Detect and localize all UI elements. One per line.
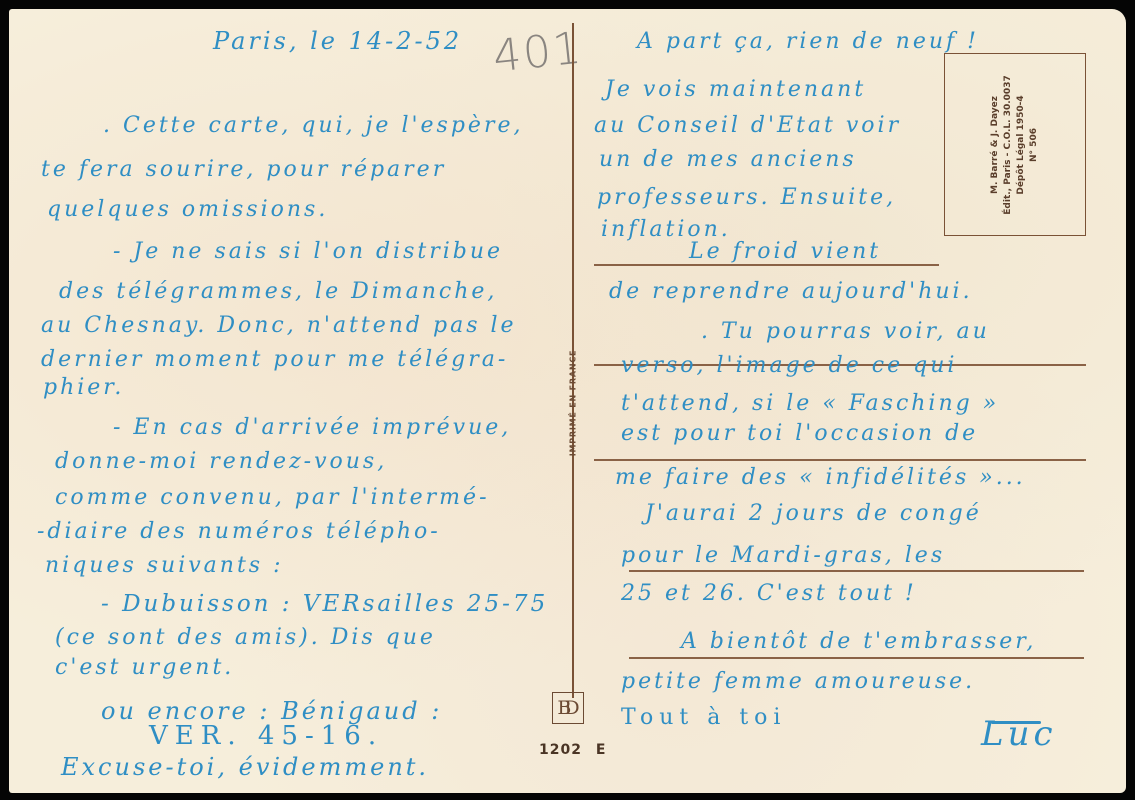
letter-line: est pour toi l'occasion de (621, 423, 978, 445)
letter-line: dernier moment pour me télégra- (41, 349, 508, 371)
phone-contact-dubuisson: - Dubuisson : VERsailles 25-75 (101, 593, 548, 616)
letter-line: Tout à toi (621, 707, 786, 729)
publisher-stamp-box: M. Barré & J. Dayez Édit., Paris - C.O.L… (944, 53, 1086, 236)
address-line-1 (594, 264, 939, 266)
letter-line: au Chesnay. Donc, n'attend pas le (41, 315, 517, 337)
letter-line: un de mes anciens (599, 149, 857, 171)
publisher-logo-icon: BD (552, 692, 584, 724)
publisher-legal-deposit: Dépôt Légal 1950-4 (1015, 75, 1028, 214)
postcard-back: Paris, le 14-2-52 401 . Cette carte, qui… (9, 9, 1126, 793)
letter-line: petite femme amoureuse. (621, 671, 975, 693)
letter-line: des télégrammes, le Dimanche, (59, 281, 497, 303)
letter-line: -diaire des numéros télépho- (37, 521, 441, 543)
letter-line: Excuse-toi, évidemment. (61, 755, 429, 779)
letter-line: Je vois maintenant (605, 79, 866, 101)
letter-line: t'attend, si le « Fasching » (621, 393, 999, 415)
letter-line: - Je ne sais si l'on distribue (113, 241, 503, 263)
letter-line: inflation. (601, 219, 731, 241)
letter-line: professeurs. Ensuite, (597, 187, 896, 209)
letter-line: (ce sont des amis). Dis que (55, 627, 436, 649)
letter-line: au Conseil d'Etat voir (594, 115, 901, 137)
dateline: Paris, le 14-2-52 (213, 29, 462, 53)
address-line-5 (629, 657, 1084, 659)
letter-line: - En cas d'arrivée imprévue, (113, 417, 511, 439)
letter-line: verso, l'image de ce qui (621, 355, 957, 377)
letter-line: J'aurai 2 jours de congé (645, 503, 982, 525)
phone-contact-benigaud: ou encore : Bénigaud : (101, 699, 442, 723)
address-line-3 (594, 459, 1086, 461)
letter-line: A bientôt de t'embrasser, (681, 631, 1036, 653)
letter-line: me faire des « infidélités »... (615, 467, 1026, 489)
publisher-number: N° 506 (1028, 75, 1041, 214)
letter-line: . Cette carte, qui, je l'espère, (103, 115, 523, 137)
publisher-edition: Édit., Paris - C.O.L. 30.0037 (1002, 75, 1015, 214)
letter-line: Le froid vient (689, 241, 881, 263)
letter-line: te fera sourire, pour réparer (41, 159, 446, 181)
card-number: 1202 E (539, 742, 606, 758)
imprint-label: IMPRIMÉ EN FRANCE (569, 350, 578, 457)
letter-line: . Tu pourras voir, au (701, 321, 990, 343)
letter-line: comme convenu, par l'intermé- (55, 487, 490, 509)
address-line-4 (629, 570, 1084, 572)
letter-line: pour le Mardi-gras, les (621, 545, 945, 567)
letter-line: de reprendre aujourd'hui. (609, 281, 973, 303)
publisher-name: M. Barré & J. Dayez (989, 75, 1002, 214)
phone-number: VER. 45-16. (149, 723, 383, 749)
letter-line: c'est urgent. (55, 657, 234, 679)
letter-line: 25 et 26. C'est tout ! (621, 583, 917, 605)
letter-line: niques suivants : (45, 555, 284, 577)
letter-line: A part ça, rien de neuf ! (637, 31, 979, 53)
signature: Luc (981, 714, 1057, 754)
letter-line: quelques omissions. (47, 199, 328, 221)
letter-line: donne-moi rendez-vous, (55, 451, 387, 473)
publisher-text: M. Barré & J. Dayez Édit., Paris - C.O.L… (989, 75, 1041, 214)
letter-line: phier. (43, 377, 124, 399)
